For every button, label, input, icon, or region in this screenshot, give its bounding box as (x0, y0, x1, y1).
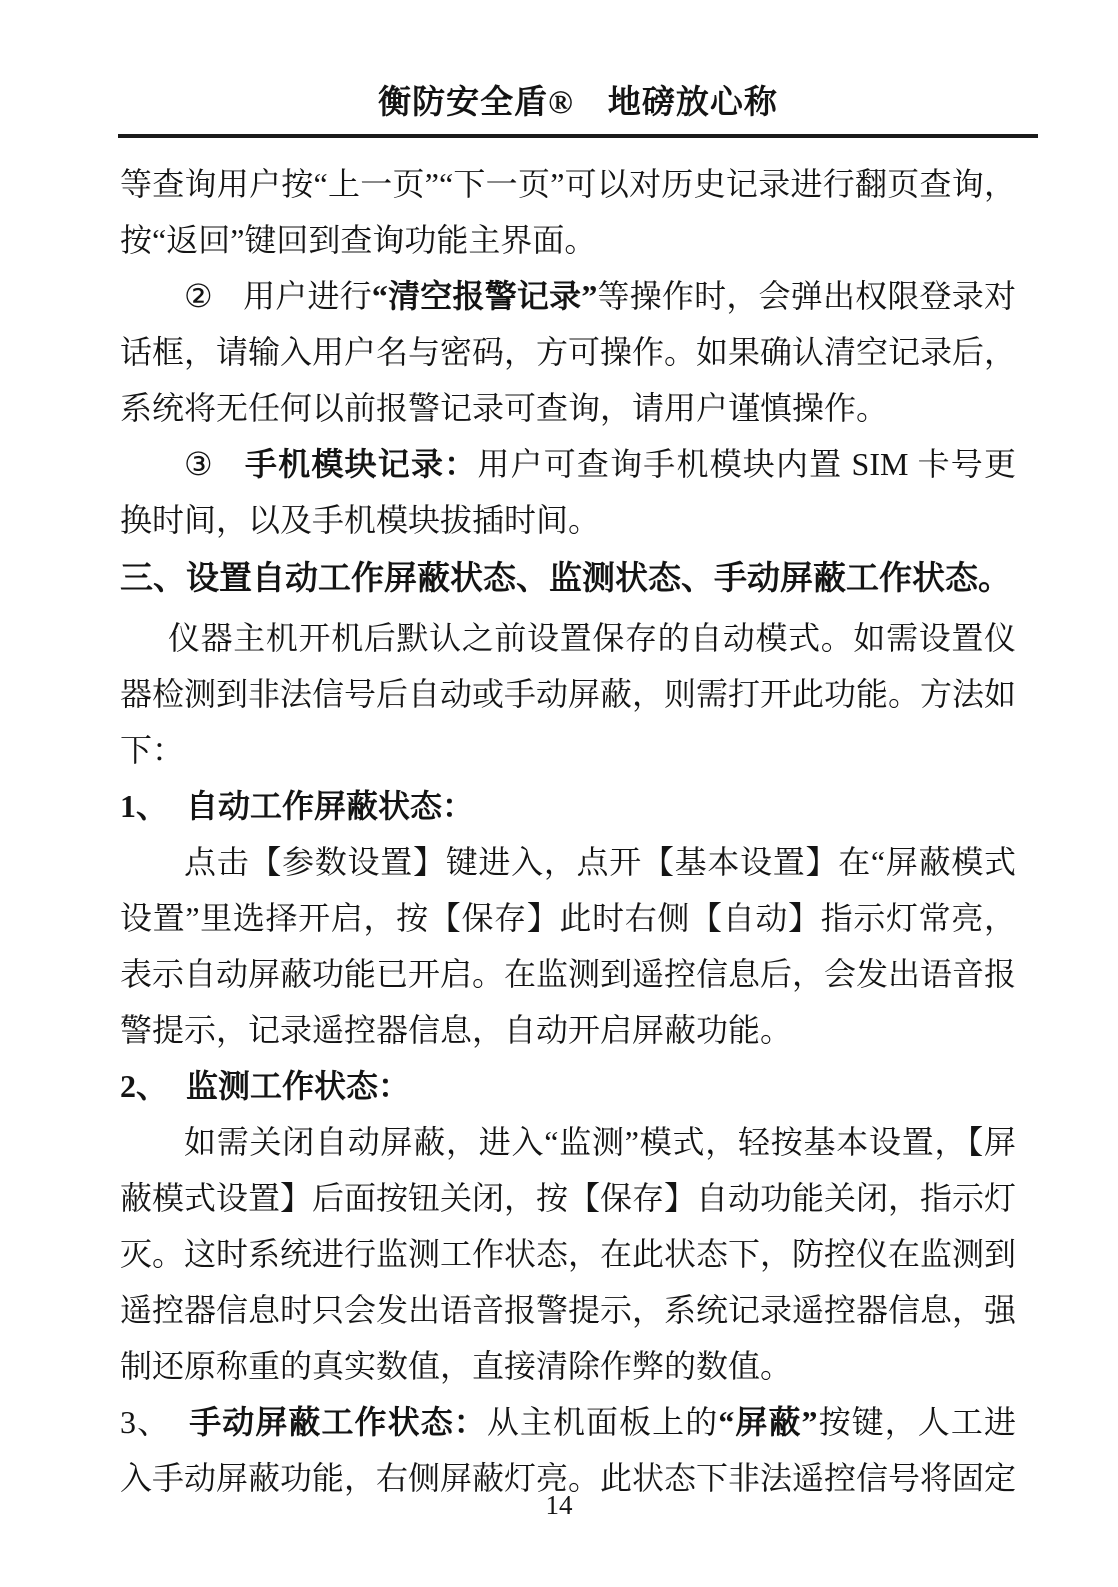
page-body: 等查询用户按“上一页”“下一页”可以对历史记录进行翻页查询，按“返回”键回到查询… (120, 156, 1016, 1506)
bold-phone-module-records: 手机模块记录： (244, 446, 477, 482)
item-heading-monitor-state: 2、监测工作状态： (120, 1058, 1016, 1114)
item-title-manual-shield: 手动屏蔽工作状态： (188, 1404, 487, 1440)
item-title-monitor-state: 监测工作状态： (186, 1068, 410, 1104)
paragraph-auto-shield-body: 点击【参数设置】键进入，点开【基本设置】在“屏蔽模式设置”里选择开启，按【保存】… (120, 834, 1016, 1058)
document-page: 衡防安全盾® 地磅放心称 等查询用户按“上一页”“下一页”可以对历史记录进行翻页… (0, 0, 1118, 1587)
paragraph-section-intro: 仪器主机开机后默认之前设置保存的自动模式。如需设置仪器检测到非法信号后自动或手动… (120, 610, 1016, 778)
section-heading-shielding-states: 三、设置自动工作屏蔽状态、监测状态、手动屏蔽工作状态。 (120, 548, 1016, 610)
paragraph-pagination-note: 等查询用户按“上一页”“下一页”可以对历史记录进行翻页查询，按“返回”键回到查询… (120, 156, 1016, 268)
page-number: 14 (0, 1489, 1118, 1521)
item-text-pre: 从主机面板上的 (487, 1404, 718, 1440)
bold-shield-key: “屏蔽” (718, 1404, 817, 1440)
item-number-1: 1、 (120, 788, 168, 824)
item-number-3: 3、 (120, 1404, 170, 1440)
bold-clear-alarm-records: “清空报警记录” (372, 278, 597, 314)
item-heading-auto-shield: 1、自动工作屏蔽状态： (120, 778, 1016, 834)
list-item-text-pre: 用户进行 (243, 278, 372, 314)
list-item-phone-module-records: ③手机模块记录：用户可查询手机模块内置 SIM 卡号更换时间，以及手机模块拔插时… (120, 436, 1016, 548)
item-title-auto-shield: 自动工作屏蔽状态： (186, 788, 474, 824)
circled-number-2: ② (184, 278, 213, 314)
header-title: 衡防安全盾® 地磅放心称 (118, 84, 1038, 122)
item-number-2: 2、 (120, 1068, 168, 1104)
list-item-clear-alarm-records: ②用户进行“清空报警记录”等操作时，会弹出权限登录对话框，请输入用户名与密码，方… (120, 268, 1016, 436)
page-header: 衡防安全盾® 地磅放心称 (118, 84, 1038, 138)
paragraph-monitor-state-body: 如需关闭自动屏蔽，进入“监测”模式，轻按基本设置，【屏蔽模式设置】后面按钮关闭，… (120, 1114, 1016, 1394)
circled-number-3: ③ (184, 446, 214, 482)
